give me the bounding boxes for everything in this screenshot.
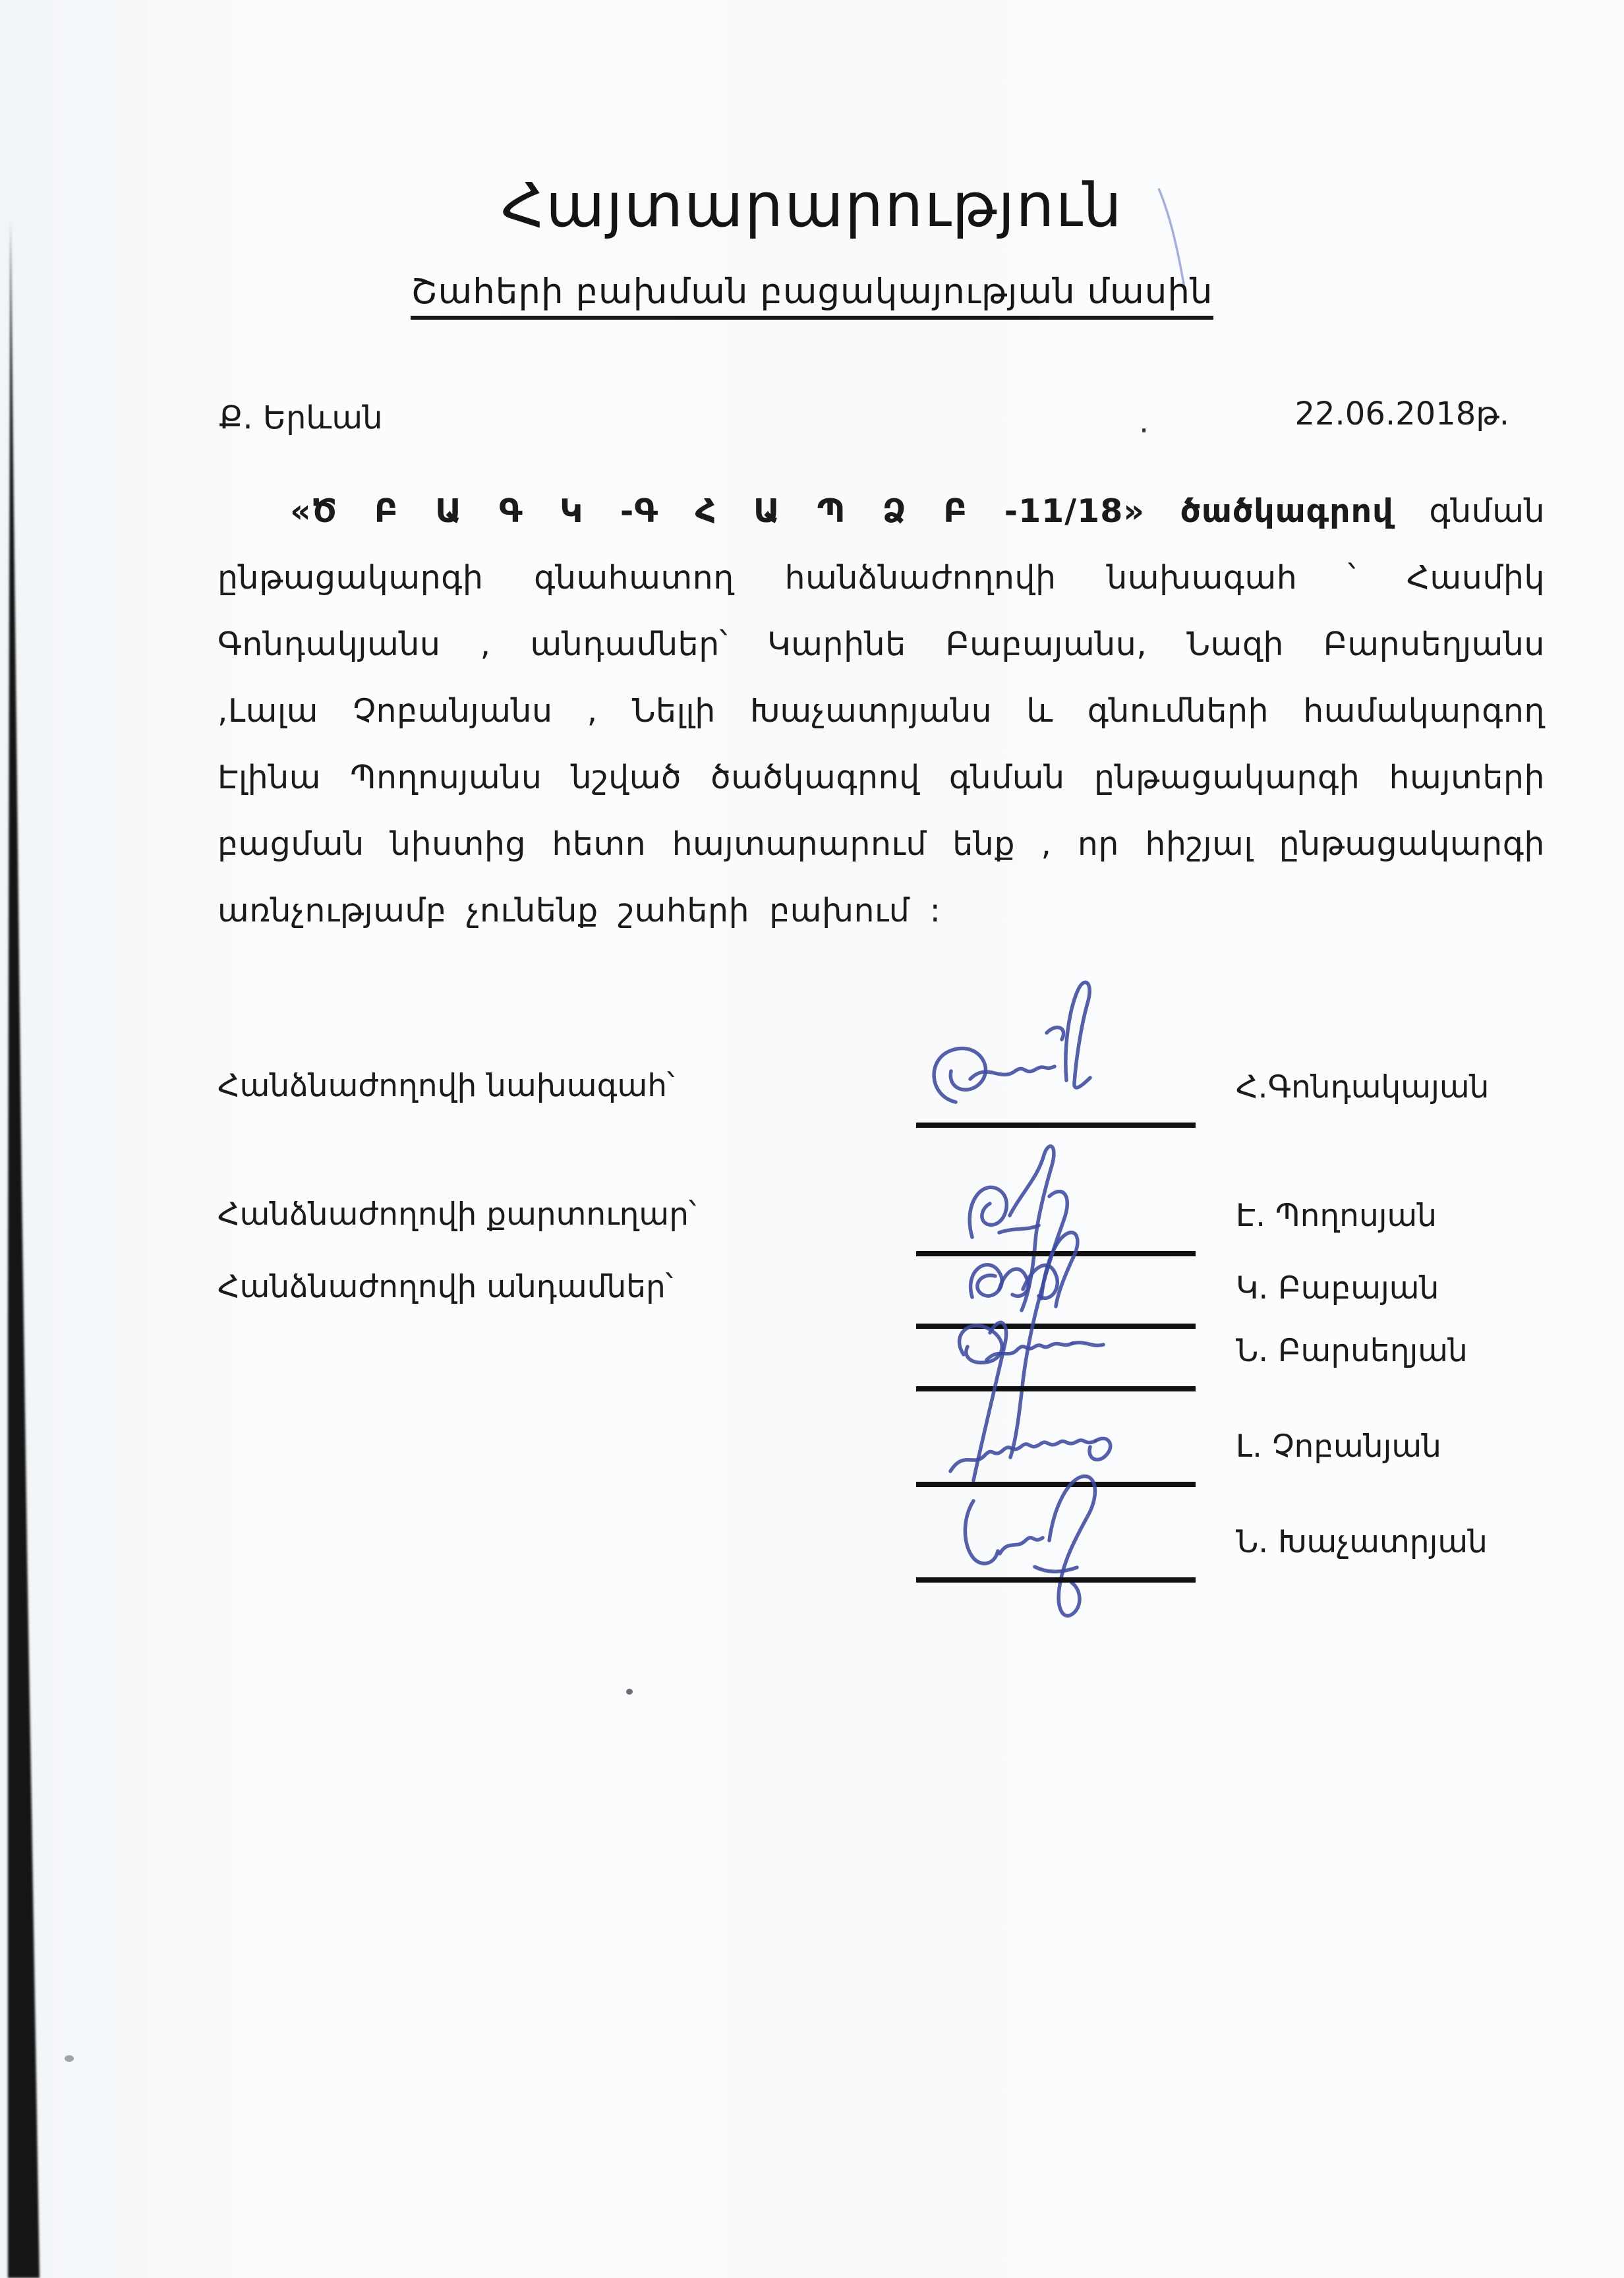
signature-area-barseghyan xyxy=(916,1312,1200,1391)
signature-line xyxy=(916,1482,1196,1487)
signature-area-khachatryan xyxy=(916,1504,1200,1583)
signature-ink-icon xyxy=(916,967,1140,1132)
signature-line xyxy=(916,1123,1196,1128)
declaration-paragraph: «Ծ Բ Ա Գ Կ -Գ Հ Ա Պ Ձ Բ -11/18» ծածկագրո… xyxy=(217,478,1545,944)
signature-role-label: Հանձնաժողովի անդամներ՝ xyxy=(217,1269,673,1305)
subtitle-wrap: Շահերի բախման բացակայության մասին xyxy=(0,272,1624,320)
signature-line xyxy=(916,1386,1196,1391)
ink-speck xyxy=(65,2055,74,2062)
signatory-name: Ն. Բարսեղյան xyxy=(1236,1333,1468,1369)
signatory-name: Է. Պողոսյան xyxy=(1236,1198,1437,1234)
code-word-bold: ծածկագրով xyxy=(1180,492,1394,530)
signature-role-label: Հանձնաժողովի քարտուղար՝ xyxy=(217,1196,696,1233)
signature-area-poghosyan xyxy=(916,1177,1200,1256)
signature-row: Հանձնաժողովի նախագահ՝ Հ.Գոնդակայան xyxy=(217,1049,1545,1128)
stray-dot: . xyxy=(1139,403,1149,440)
scanned-declaration-page: Հայտարարություն Շահերի բախման բացակայութ… xyxy=(0,0,1624,2278)
ink-speck xyxy=(626,1689,633,1695)
signature-row: Հանձնաժողովի քարտուղար՝ Է. Պողոսյան xyxy=(217,1177,1545,1256)
signatory-name: Ն. Խաչատրյան xyxy=(1236,1524,1488,1560)
city-label: Ք. Երևան xyxy=(219,399,383,436)
signature-line xyxy=(916,1577,1196,1583)
procurement-code: «Ծ Բ Ա Գ Կ -Գ Հ Ա Պ Ձ Բ -11/18» xyxy=(290,492,1145,530)
signature-row: Ն. Բարսեղյան xyxy=(217,1312,1545,1391)
page-subtitle: Շահերի բախման բացակայության մասին xyxy=(411,272,1213,320)
signatory-name: Հ.Գոնդակայան xyxy=(1236,1069,1489,1105)
page-title: Հայտարարություն xyxy=(0,170,1624,241)
date-label: 22.06.2018թ. xyxy=(1294,395,1509,432)
paragraph-text: գնման ընթացակարգի գնահատող հանձնաժողովի … xyxy=(217,492,1545,929)
scanner-edge-shadow xyxy=(0,0,53,2278)
signature-area-chobanyan xyxy=(916,1408,1200,1487)
signature-area-gondakayan xyxy=(916,1049,1200,1128)
signatory-name: Լ. Չոբանյան xyxy=(1236,1428,1441,1465)
signatory-name: Կ. Բաբայան xyxy=(1236,1270,1439,1306)
signature-role-label: Հանձնաժողովի նախագահ՝ xyxy=(217,1068,674,1104)
signature-row: Ն. Խաչատրյան xyxy=(217,1504,1545,1583)
signature-row: Լ. Չոբանյան xyxy=(217,1408,1545,1487)
